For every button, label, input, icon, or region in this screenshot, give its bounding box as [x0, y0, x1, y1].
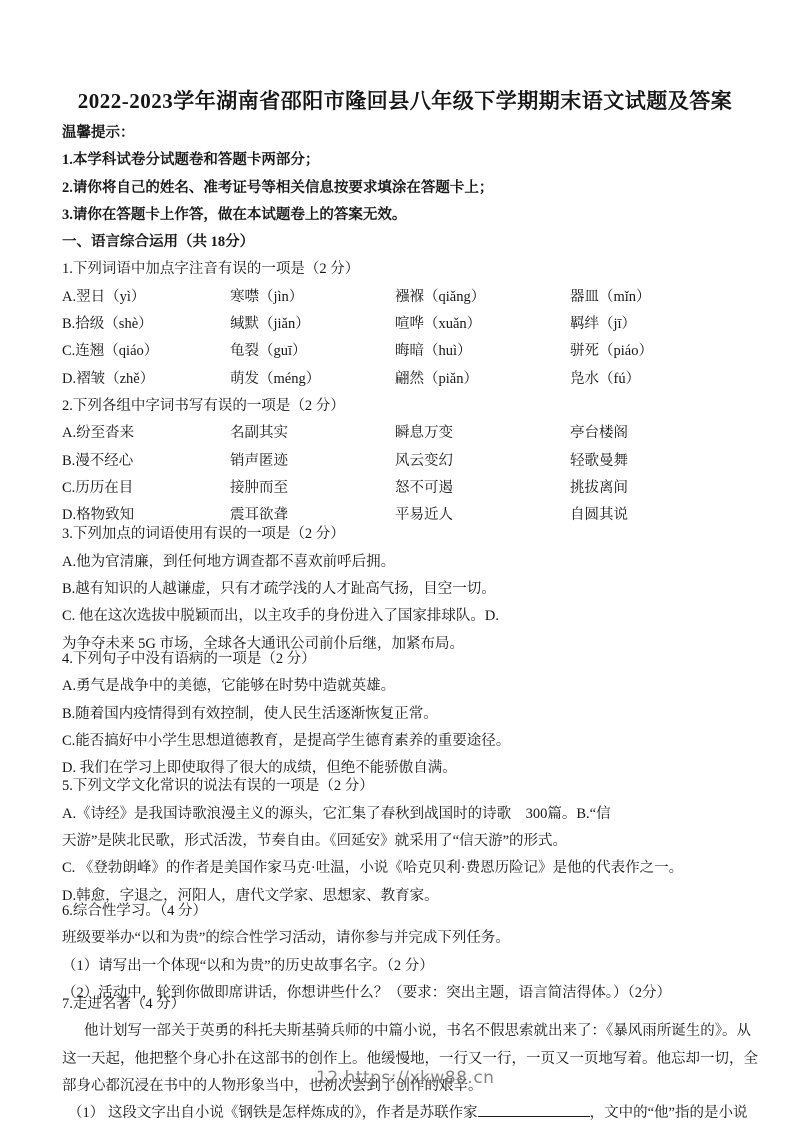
q2-b-cell-2: 销声匿迹: [230, 448, 395, 475]
q1-c-cell-1: C.连翘（qiáo）: [62, 338, 230, 365]
q2-c-cell-3: 怒不可遏: [395, 475, 570, 502]
q1-b-cell-2: 缄默（jiǎn）: [230, 311, 395, 338]
q2-a-cell-2: 名副其实: [230, 420, 395, 447]
q2-c-cell-2: 接肿而至: [230, 475, 395, 502]
question-1-option-a: A.翌日（yì） 寒噤（jìn） 襁褓（qiǎng） 器皿（mǐn）: [62, 284, 762, 311]
question-1-stem: 1.下列词语中加点字注音有误的一项是（2 分）: [62, 256, 762, 283]
q2-d-cell-4: 自圆其说: [570, 502, 762, 529]
q7-sub1-answer-blank: [478, 1102, 590, 1117]
q1-a-cell-1: A.翌日（yì）: [62, 284, 230, 311]
question-4: 4.下列句子中没有语病的一项是（2 分） A.勇气是战争中的美德，它能够在时势中…: [62, 646, 762, 782]
question-5-line-1: A.《诗经》是我国诗歌浪漫主义的源头，它汇集了春秋到战国时的诗歌 300篇。B.…: [62, 801, 762, 828]
q1-a-cell-2: 寒噤（jìn）: [230, 284, 395, 311]
q1-d-cell-3: 翩然（piǎn）: [395, 366, 570, 393]
q2-a-cell-3: 瞬息万变: [395, 420, 570, 447]
page-title: 2022-2023学年湖南省邵阳市隆回县八年级下学期期末语文试题及答案: [48, 86, 762, 116]
exam-page: 2022-2023学年湖南省邵阳市隆回县八年级下学期期末语文试题及答案 温馨提示…: [0, 0, 794, 1122]
notice-item-2: 2.请你将自己的姓名、准考证号等相关信息按要求填涂在答题卡上；: [62, 175, 762, 202]
notice-item-3: 3.请你在答题卡上作答，做在本试题卷上的答案无效。: [62, 202, 762, 229]
q2-b-cell-4: 轻歌曼舞: [570, 448, 762, 475]
q2-a-cell-1: A.纷至沓来: [62, 420, 230, 447]
question-3-option-b: B.越有知识的人越谦虚，只有才疏学浅的人才趾高气扬，目空一切。: [62, 576, 762, 603]
q2-b-cell-1: B.漫不经心: [62, 448, 230, 475]
question-1-option-b: B.拾级（shè） 缄默（jiǎn） 喧哗（xuǎn） 羁绊（jī）: [62, 311, 762, 338]
question-3-option-c: C. 他在这次选拔中脱颖而出，以主攻手的身份进入了国家排球队。D.: [62, 603, 762, 630]
q1-c-cell-2: 龟裂（guī）: [230, 338, 395, 365]
q2-c-cell-4: 挑拔离间: [570, 475, 762, 502]
notice-item-1: 1.本学科试卷分试题卷和答题卡两部分；: [62, 147, 762, 174]
question-5-option-c: C. 《登勃朗峰》的作者是美国作家马克·吐温，小说《哈克贝利·费恩历险记》是他的…: [62, 855, 762, 882]
q1-c-cell-3: 晦暗（huì）: [395, 338, 570, 365]
section-1-heading: 一、语言综合运用（共 18分）: [62, 229, 762, 256]
q1-a-cell-3: 襁褓（qiǎng）: [395, 284, 570, 311]
question-3-option-a: A.他为官清廉，到任何地方调查都不喜欢前呼后拥。: [62, 549, 762, 576]
q2-a-cell-4: 亭台楼阁: [570, 420, 762, 447]
question-2-stem: 2.下列各组中字词书写有误的一项是（2 分）: [62, 393, 762, 420]
q2-d-cell-3: 平易近人: [395, 502, 570, 529]
question-4-option-c: C.能否搞好中小学生思想道德教育，是提高学生德育素养的重要途径。: [62, 728, 762, 755]
q1-b-cell-3: 喧哗（xuǎn）: [395, 311, 570, 338]
q1-d-cell-2: 萌发（méng）: [230, 366, 395, 393]
q1-c-cell-4: 骈死（piáo）: [570, 338, 762, 365]
question-1: 1.下列词语中加点字注音有误的一项是（2 分） A.翌日（yì） 寒噤（jìn）…: [62, 256, 762, 392]
question-2: 2.下列各组中字词书写有误的一项是（2 分） A.纷至沓来 名副其实 瞬息万变 …: [62, 393, 762, 529]
question-7-paragraph-line-1: 他计划写一部关于英勇的科托夫斯基骑兵师的中篇小说，书名不假思索就出来了：《暴风雨…: [62, 1018, 762, 1045]
question-5-line-2: 天游”是陕北民歌，形式活泼，节奏自由。《回延安》就采用了“信天游”的形式。: [62, 828, 762, 855]
question-1-option-d: D.褶皱（zhě） 萌发（méng） 翩然（piǎn） 凫水（fú）: [62, 366, 762, 393]
question-2-option-a: A.纷至沓来 名副其实 瞬息万变 亭台楼阁: [62, 420, 762, 447]
notice-heading: 温馨提示：: [62, 120, 762, 147]
question-6-sub-1: （1）请写出一个体现“以和为贵”的历史故事名字。（2 分）: [62, 953, 762, 980]
q1-a-cell-4: 器皿（mǐn）: [570, 284, 762, 311]
q1-b-cell-1: B.拾级（shè）: [62, 311, 230, 338]
question-2-option-b: B.漫不经心 销声匿迹 风云变幻 轻歌曼舞: [62, 448, 762, 475]
q7-sub1-text-before-blank: （1） 这段文字出自小说《钢铁是怎样炼成的》，作者是苏联作家: [68, 1105, 478, 1121]
question-7: 7.走进名著（4 分） 他计划写一部关于英勇的科托夫斯基骑兵师的中篇小说，书名不…: [62, 991, 762, 1122]
question-3: 3.下列加点的词语使用有误的一项是（2 分） A.他为官清廉，到任何地方调查都不…: [62, 521, 762, 657]
q1-b-cell-4: 羁绊（jī）: [570, 311, 762, 338]
question-4-option-b: B.随着国内疫情得到有效控制，使人民生活逐渐恢复正常。: [62, 701, 762, 728]
question-2-option-c: C.历历在目 接肿而至 怒不可遏 挑拔离间: [62, 475, 762, 502]
watermark-text: 12 https://xkw88.cn: [316, 1068, 494, 1088]
q1-d-cell-1: D.褶皱（zhě）: [62, 366, 230, 393]
exam-content: 2022-2023学年湖南省邵阳市隆回县八年级下学期期末语文试题及答案 温馨提示…: [62, 86, 762, 1122]
q7-sub1-text-after-blank: ，文中的“他”指的是小说: [590, 1105, 748, 1121]
q2-c-cell-1: C.历历在目: [62, 475, 230, 502]
question-6-intro: 班级要举办“以和为贵”的综合性学习活动，请你参与并完成下列任务。: [62, 925, 762, 952]
q1-d-cell-4: 凫水（fú）: [570, 366, 762, 393]
q2-b-cell-3: 风云变幻: [395, 448, 570, 475]
question-1-option-c: C.连翘（qiáo） 龟裂（guī） 晦暗（huì） 骈死（piáo）: [62, 338, 762, 365]
question-7-sub-1: （1） 这段文字出自小说《钢铁是怎样炼成的》，作者是苏联作家，文中的“他”指的是…: [62, 1100, 762, 1122]
question-4-option-a: A.勇气是战争中的美德，它能够在时势中造就英雄。: [62, 673, 762, 700]
question-5: 5.下列文学文化常识的说法有误的一项是（2 分） A.《诗经》是我国诗歌浪漫主义…: [62, 773, 762, 909]
